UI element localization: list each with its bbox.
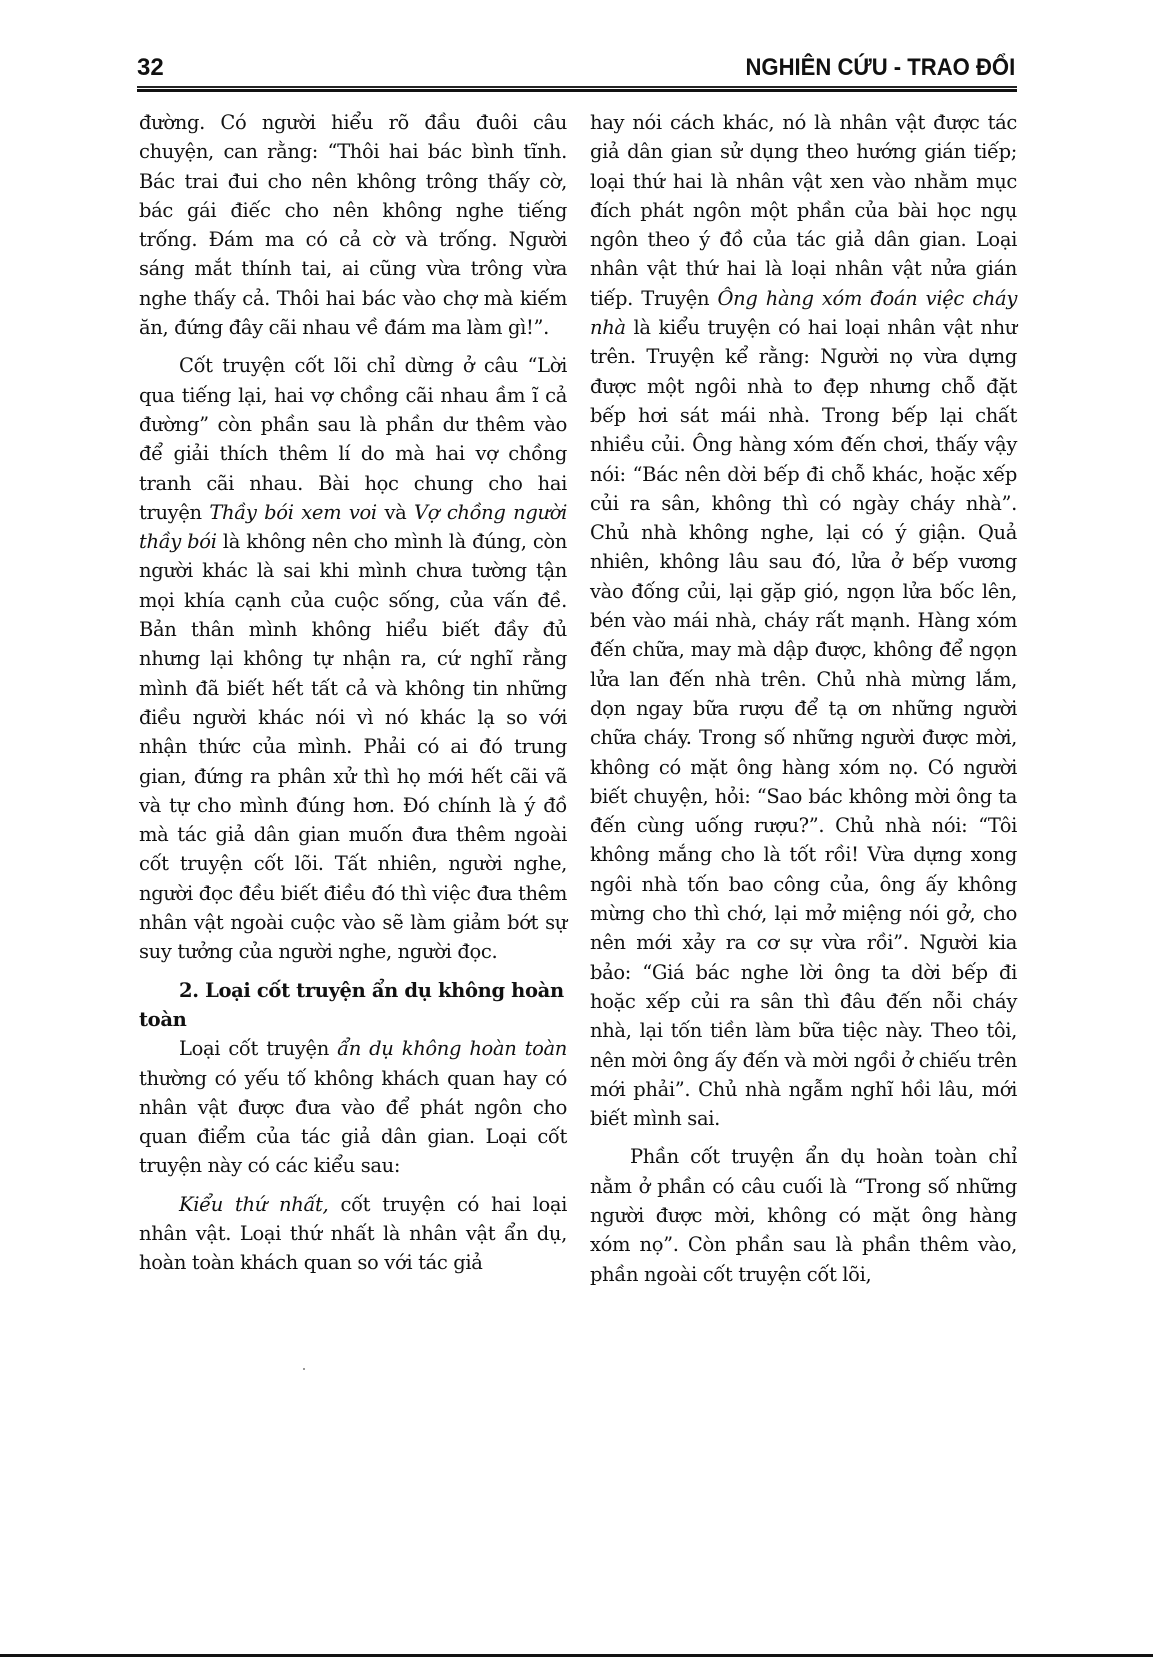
paragraph: Kiểu thứ nhất, cốt truyện có hai loại nh… [139, 1190, 567, 1278]
paragraph: Loại cốt truyện ẩn dụ không hoàn toàn th… [139, 1034, 567, 1180]
right-column: hay nói cách khác, nó là nhân vật được t… [590, 108, 1017, 1289]
paragraph: hay nói cách khác, nó là nhân vật được t… [590, 108, 1017, 1133]
left-column: đường. Có người hiểu rõ đầu đuôi câu chu… [139, 108, 567, 1278]
header-rule-thin [137, 86, 1017, 88]
header-rule-thick [137, 89, 1017, 92]
page-number: 32 [137, 54, 164, 82]
text-run: thường có yếu tố không khách quan hay có… [139, 1067, 567, 1178]
text-run: và [377, 501, 414, 524]
paragraph: đường. Có người hiểu rõ đầu đuôi câu chu… [139, 108, 567, 342]
emphasis: Kiểu thứ nhất, [179, 1193, 328, 1216]
paragraph: Cốt truyện cốt lõi chỉ dừng ở câu “Lời q… [139, 351, 567, 966]
text-run: hay nói cách khác, nó là nhân vật được t… [590, 111, 1017, 310]
section-heading: 2. Loại cốt truyện ẩn dụ không hoàn toàn [139, 976, 567, 1035]
text-run: Loại cốt truyện [179, 1037, 337, 1060]
emphasis: ẩn dụ không hoàn toàn [337, 1037, 567, 1060]
scan-speck [303, 1368, 305, 1370]
text-run: là không nên cho mình là đúng, còn người… [139, 530, 567, 963]
story-title: Thầy bói xem voi [209, 501, 376, 524]
text-run: là kiểu truyện có hai loại nhân vật như … [590, 316, 1017, 1130]
paragraph: Phần cốt truyện ẩn dụ hoàn toàn chỉ nằm … [590, 1142, 1017, 1288]
text-run: Cốt truyện cốt lõi chỉ dừng ở câu “Lời q… [139, 354, 567, 523]
section-title: NGHIÊN CỨU - TRAO ĐỔI [745, 54, 1015, 82]
